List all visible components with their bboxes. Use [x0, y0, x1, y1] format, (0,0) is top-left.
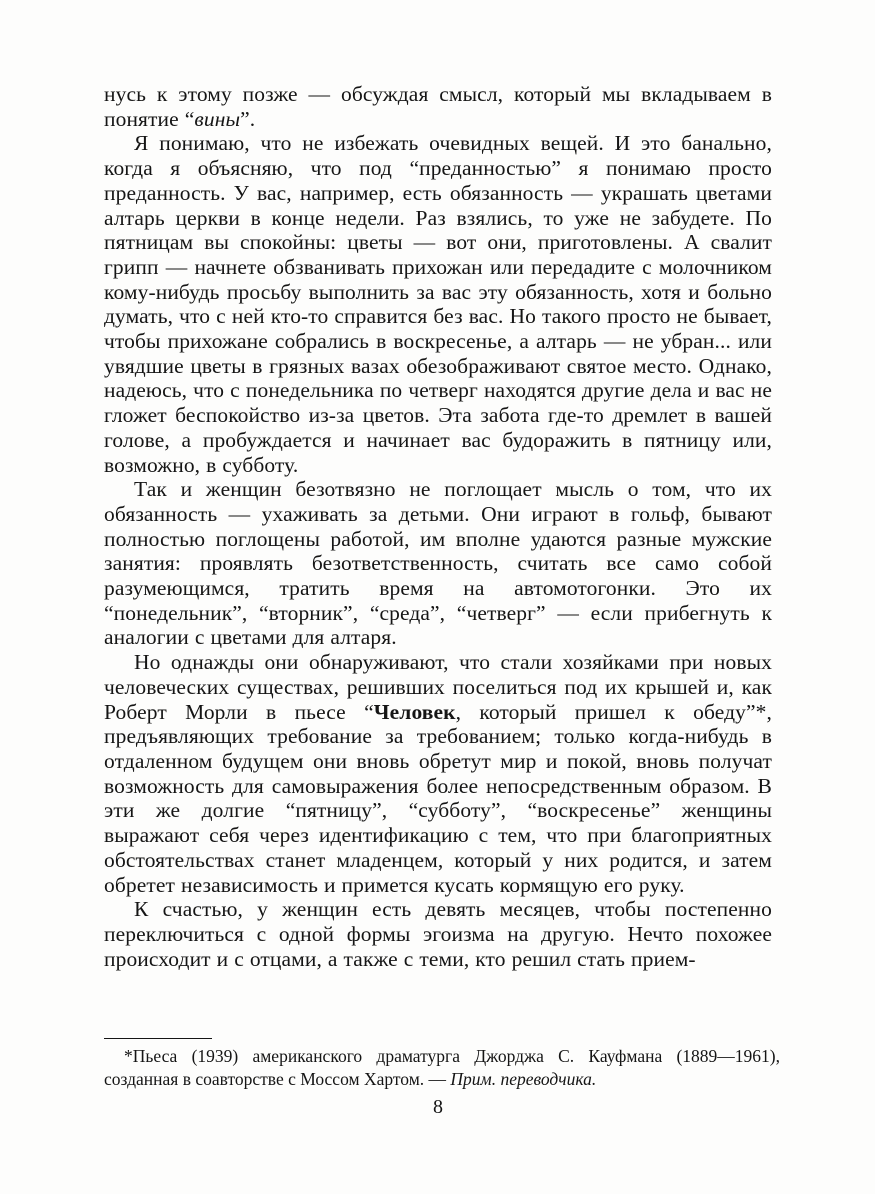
text-run: Я понимаю, что не избежать очевидных вещ…	[104, 131, 772, 476]
footnote-section: *Пьеса (1939) американского драматурга Д…	[104, 1038, 780, 1090]
text-run: , который пришел к обеду”*, предъявляющи…	[104, 700, 772, 897]
paragraph: Так и женщин безотвязно не поглощает мыс…	[104, 477, 772, 650]
paragraph: нусь к этому позже — обсуждая смысл, кот…	[104, 82, 772, 131]
text-run: Так и женщин безотвязно не поглощает мыс…	[104, 477, 772, 649]
text-run: ”.	[240, 107, 255, 131]
footnote-divider	[104, 1038, 212, 1039]
text-run: вины	[194, 107, 240, 131]
page-number: 8	[104, 1096, 772, 1119]
footnote-text: *Пьеса (1939) американского драматурга Д…	[104, 1045, 780, 1090]
text-run: *Пьеса (1939) американского драматурга Д…	[104, 1046, 780, 1089]
body-text-column: нусь к этому позже — обсуждая смысл, кот…	[104, 82, 772, 971]
book-page: нусь к этому позже — обсуждая смысл, кот…	[0, 0, 875, 1194]
text-run: Прим. переводчика.	[450, 1069, 596, 1089]
paragraph: Я понимаю, что не избежать очевидных вещ…	[104, 131, 772, 477]
paragraph: К счастью, у женщин есть девять месяцев,…	[104, 897, 772, 971]
paragraph: Но однажды они обнаруживают, что стали х…	[104, 650, 772, 897]
text-run: Человек	[374, 700, 456, 724]
text-run: К счастью, у женщин есть девять месяцев,…	[104, 897, 772, 970]
